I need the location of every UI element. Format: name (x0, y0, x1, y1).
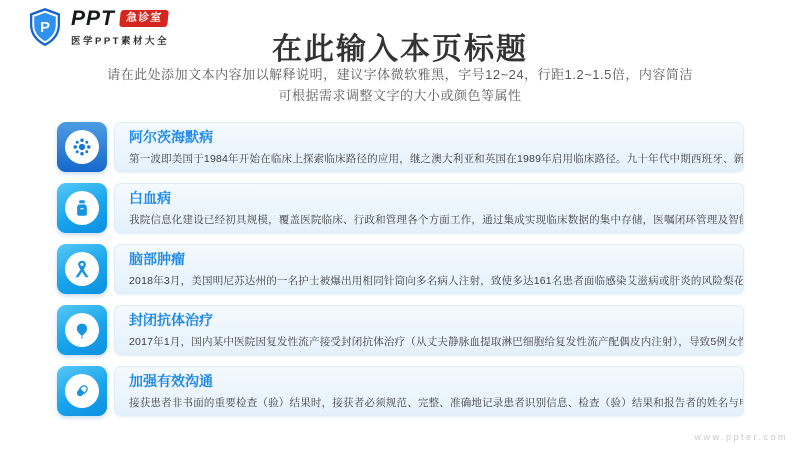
awareness-ribbon-icon (65, 252, 99, 286)
topic-list: 阿尔茨海默病 第一波即美国于1984年开始在临床上探索临床路径的应用，继之澳大利… (57, 122, 744, 416)
item-desc: 我院信息化建设已经初具规模，覆盖医院临床、行政和管理各个方面工作，通过集成实现临… (129, 212, 731, 227)
item-icon-tile (57, 183, 107, 233)
item-title: 脑部肿瘤 (129, 251, 731, 267)
subtitle-line-1: 请在此处添加文本内容加以解释说明，建议字体微软雅黑，字号12~24，行距1.2~… (0, 64, 800, 85)
medicine-bottle-icon (65, 191, 99, 225)
capsule-icon (65, 374, 99, 408)
item-title: 加强有效沟通 (129, 373, 731, 389)
item-card: 阿尔茨海默病 第一波即美国于1984年开始在临床上探索临床路径的应用，继之澳大利… (114, 122, 744, 172)
list-item: 阿尔茨海默病 第一波即美国于1984年开始在临床上探索临床路径的应用，继之澳大利… (57, 122, 744, 172)
watermark: www.ppter.com (694, 432, 788, 442)
item-icon-tile (57, 305, 107, 355)
item-icon-tile (57, 244, 107, 294)
subtitle-line-2: 可根据需求调整文字的大小或颜色等属性 (0, 85, 800, 106)
item-desc: 接获患者非书面的重要检查（验）结果时，接获者必须规范、完整、准确地记录患者识别信… (129, 395, 731, 410)
page-title: 在此输入本页标题 (0, 24, 800, 68)
item-title: 封闭抗体治疗 (129, 312, 731, 328)
item-desc: 2017年1月，国内某中医院因复发性流产接受封闭抗体治疗（从丈夫静脉血提取淋巴细… (129, 334, 731, 349)
item-card: 加强有效沟通 接获患者非书面的重要检查（验）结果时，接获者必须规范、完整、准确地… (114, 366, 744, 416)
page-subtitle: 请在此处添加文本内容加以解释说明，建议字体微软雅黑，字号12~24，行距1.2~… (0, 64, 800, 106)
virus-icon (65, 130, 99, 164)
item-icon-tile (57, 122, 107, 172)
blood-drop-icon (65, 313, 99, 347)
slide: P PPT 急诊室 医学PPT素材大全 在此输入本页标题 请在此处添加文本内容加… (0, 0, 800, 450)
item-card: 白血病 我院信息化建设已经初具规模，覆盖医院临床、行政和管理各个方面工作，通过集… (114, 183, 744, 233)
item-card: 封闭抗体治疗 2017年1月，国内某中医院因复发性流产接受封闭抗体治疗（从丈夫静… (114, 305, 744, 355)
item-card: 脑部肿瘤 2018年3月，美国明尼苏达州的一名护士被爆出用相同针筒向多名病人注射… (114, 244, 744, 294)
item-desc: 第一波即美国于1984年开始在临床上探索临床路径的应用，继之澳大利亚和英国在19… (129, 151, 731, 166)
item-desc: 2018年3月，美国明尼苏达州的一名护士被爆出用相同针筒向多名病人注射，致使多达… (129, 273, 731, 288)
list-item: 加强有效沟通 接获患者非书面的重要检查（验）结果时，接获者必须规范、完整、准确地… (57, 366, 744, 416)
list-item: 白血病 我院信息化建设已经初具规模，覆盖医院临床、行政和管理各个方面工作，通过集… (57, 183, 744, 233)
item-title: 白血病 (129, 190, 731, 206)
list-item: 脑部肿瘤 2018年3月，美国明尼苏达州的一名护士被爆出用相同针筒向多名病人注射… (57, 244, 744, 294)
item-icon-tile (57, 366, 107, 416)
item-title: 阿尔茨海默病 (129, 129, 731, 145)
list-item: 封闭抗体治疗 2017年1月，国内某中医院因复发性流产接受封闭抗体治疗（从丈夫静… (57, 305, 744, 355)
